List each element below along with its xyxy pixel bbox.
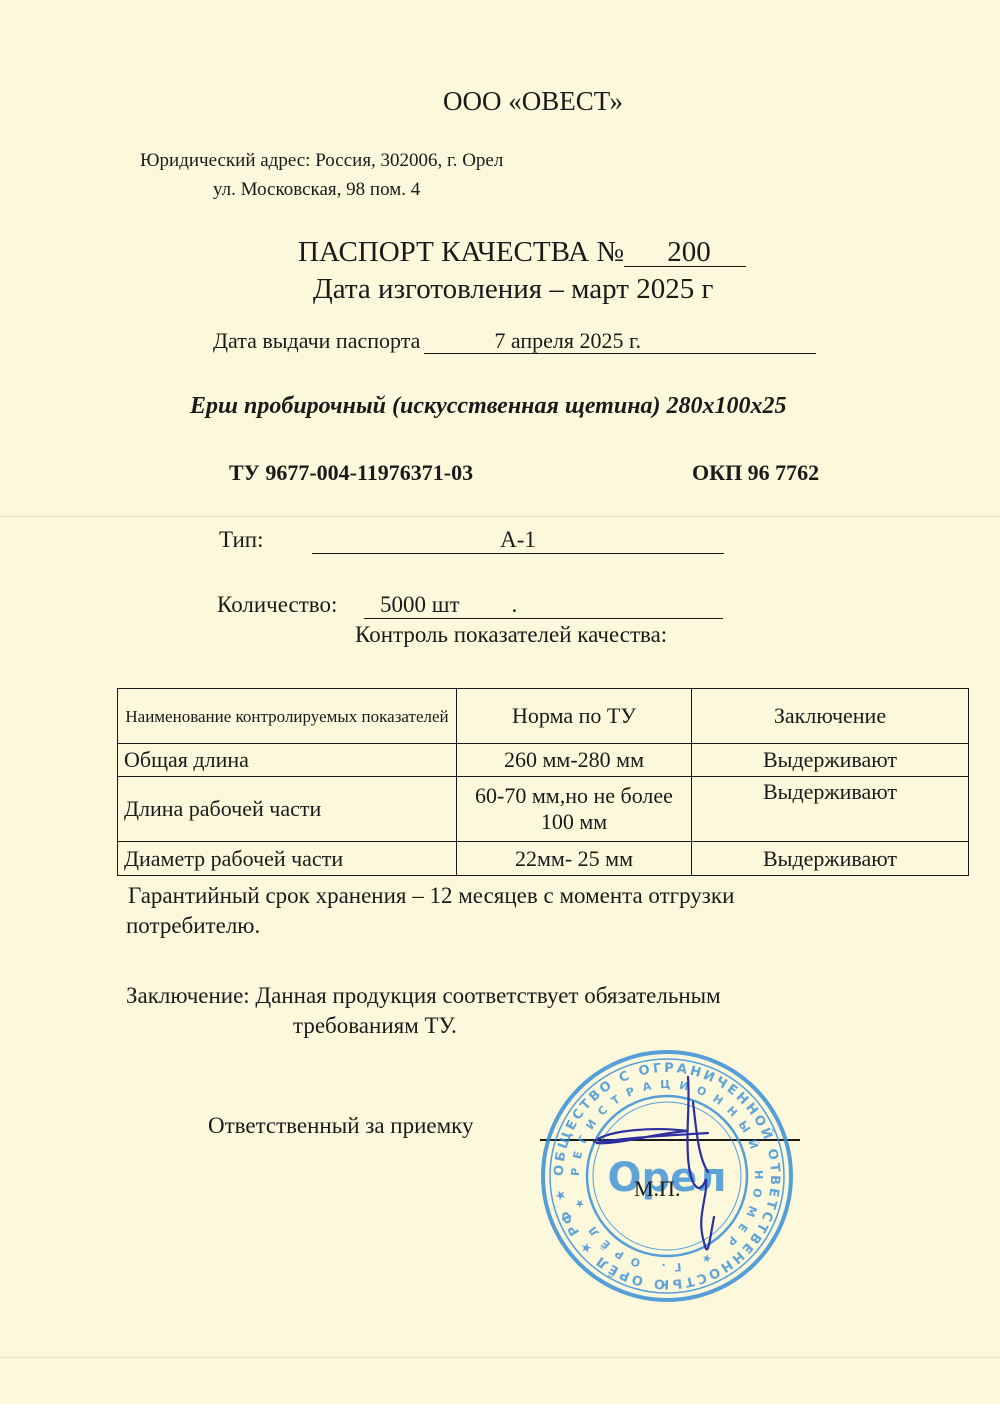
issue-date-row: Дата выдачи паспорта7 апреля 2025 г. — [213, 328, 816, 354]
table-row: Общая длина 260 мм-280 мм Выдерживают — [118, 744, 969, 777]
quantity-suffix: . — [512, 592, 518, 617]
cell-parameter: Общая длина — [118, 744, 457, 777]
cell-result: Выдерживают — [692, 744, 969, 777]
cell-norm: 260 мм-280 мм — [457, 744, 692, 777]
tu-code: ТУ 9677-004-11976371-03 — [229, 460, 473, 486]
legal-address-line1: Юридический адрес: Россия, 302006, г. Ор… — [140, 150, 503, 172]
passport-number: 200 — [624, 238, 746, 267]
seal-place-mark: М.П. — [634, 1176, 680, 1202]
quantity-value: 5000 шт — [380, 592, 460, 617]
quality-control-heading: Контроль показателей качества: — [355, 622, 667, 648]
cell-norm: 22мм- 25 мм — [457, 842, 692, 876]
cell-parameter: Длина рабочей части — [118, 777, 457, 842]
conclusion-line2: требованиям ТУ. — [293, 1013, 457, 1039]
column-header-result: Заключение — [692, 689, 969, 744]
quantity-label: Количество: — [217, 592, 337, 618]
warranty-text-line2: потребителю. — [126, 913, 260, 939]
fold-line — [0, 1357, 1000, 1358]
okp-code: ОКП 96 7762 — [692, 460, 819, 486]
passport-title-prefix: ПАСПОРТ КАЧЕСТВА № — [298, 236, 624, 268]
table-row: Диаметр рабочей части 22мм- 25 мм Выдерж… — [118, 842, 969, 876]
issue-date-value: 7 апреля 2025 г. — [424, 329, 816, 354]
cell-norm: 60-70 мм,но не более 100 мм — [457, 777, 692, 842]
type-label: Тип: — [219, 527, 263, 553]
cell-parameter: Диаметр рабочей части — [118, 842, 457, 876]
manufacture-date: Дата изготовления – март 2025 г — [313, 273, 713, 306]
table-header-row: Наименование контролируемых показателей … — [118, 689, 969, 744]
type-value: А-1 — [312, 527, 724, 554]
cell-result: Выдерживают — [692, 777, 969, 842]
cell-result: Выдерживают — [692, 842, 969, 876]
legal-address-line2: ул. Московская, 98 пом. 4 — [213, 179, 420, 201]
quality-control-table: Наименование контролируемых показателей … — [117, 688, 969, 876]
issue-date-label: Дата выдачи паспорта — [213, 328, 420, 353]
table-row: Длина рабочей части 60-70 мм,но не более… — [118, 777, 969, 842]
company-name: ООО «ОВЕСТ» — [443, 86, 623, 117]
fold-line — [0, 516, 1000, 517]
document-page: ООО «ОВЕСТ» Юридический адрес: Россия, 3… — [0, 0, 1000, 1404]
column-header-parameter: Наименование контролируемых показателей — [118, 689, 457, 744]
column-header-norm: Норма по ТУ — [457, 689, 692, 744]
responsible-label: Ответственный за приемку — [208, 1113, 474, 1139]
passport-title: ПАСПОРТ КАЧЕСТВА №200 — [298, 236, 746, 269]
quantity-value-row: 5000 шт. — [364, 592, 723, 619]
warranty-text-line1: Гарантийный срок хранения – 12 месяцев с… — [128, 883, 734, 909]
product-name: Ерш пробирочный (искусственная щетина) 2… — [190, 393, 787, 420]
conclusion-line1: Заключение: Данная продукция соответству… — [126, 983, 721, 1009]
